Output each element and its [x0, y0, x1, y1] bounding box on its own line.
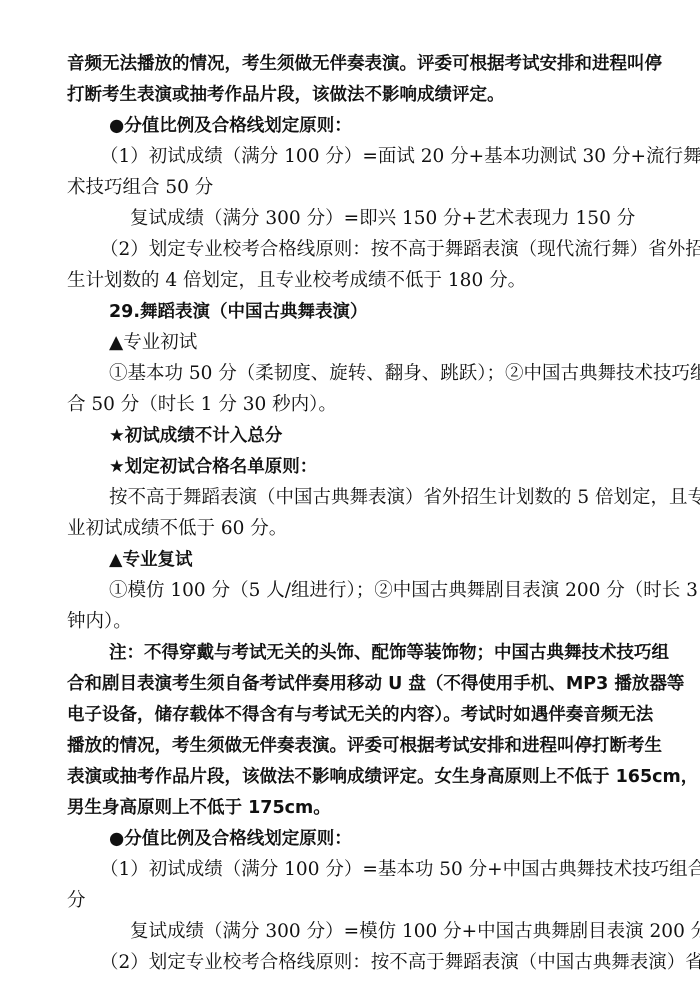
note-line: 注：不得穿戴与考试无关的头饰、配饰等装饰物；中国古典舞技术技巧组	[109, 641, 632, 665]
subsection-heading: ▲专业复试	[109, 548, 632, 572]
paragraph-line: 术技巧组合 50 分	[67, 176, 632, 200]
note-heading: ★划定初试合格名单原则：	[109, 455, 632, 479]
document-page: 音频无法播放的情况，考生须做无伴奏表演。评委可根据考试安排和进程叫停 打断考生表…	[0, 0, 700, 990]
paragraph-line: ①模仿 100 分（5 人/组进行）；②中国古典舞剧目表演 200 分（时长 3…	[109, 579, 632, 603]
paragraph-line: （1）初试成绩（满分 100 分）=基本功 50 分+中国古典舞技术技巧组合 5…	[100, 858, 632, 882]
section-title: 29.舞蹈表演（中国古典舞表演）	[109, 300, 632, 324]
paragraph-line: 按不高于舞蹈表演（中国古典舞表演）省外招生计划数的 5 倍划定，且专	[109, 486, 632, 510]
paragraph-line: 生计划数的 4 倍划定，且专业校考成绩不低于 180 分。	[67, 269, 632, 293]
note-line: 合和剧目表演考生须自备考试伴奏用移动 U 盘（不得使用手机、MP3 播放器等	[67, 672, 632, 696]
note-heading: ★初试成绩不计入总分	[109, 424, 632, 448]
section-heading: ●分值比例及合格线划定原则：	[109, 827, 632, 851]
paragraph-line: 业初试成绩不低于 60 分。	[67, 517, 632, 541]
paragraph-line: ①基本功 50 分（柔韧度、旋转、翻身、跳跃）；②中国古典舞技术技巧组	[109, 362, 632, 386]
note-line: 播放的情况，考生须做无伴奏表演。评委可根据考试安排和进程叫停打断考生	[67, 734, 632, 758]
paragraph-line: （2）划定专业校考合格线原则：按不高于舞蹈表演（现代流行舞）省外招	[100, 238, 632, 262]
paragraph-line: 音频无法播放的情况，考生须做无伴奏表演。评委可根据考试安排和进程叫停	[67, 52, 632, 76]
note-line: 男生身高原则上不低于 175cm。	[67, 796, 632, 820]
paragraph-line: 打断考生表演或抽考作品片段，该做法不影响成绩评定。	[67, 83, 632, 107]
note-line: 电子设备，储存载体不得含有与考试无关的内容）。考试时如遇伴奏音频无法	[67, 703, 632, 727]
paragraph-line: 合 50 分（时长 1 分 30 秒内）。	[67, 393, 632, 417]
paragraph-line: （1）初试成绩（满分 100 分）=面试 20 分+基本功测试 30 分+流行舞…	[100, 145, 632, 169]
paragraph-line: 复试成绩（满分 300 分）=模仿 100 分+中国古典舞剧目表演 200 分	[130, 920, 695, 944]
note-line: 表演或抽考作品片段，该做法不影响成绩评定。女生身高原则上不低于 165cm，	[67, 765, 632, 789]
section-heading: ●分值比例及合格线划定原则：	[109, 114, 632, 138]
paragraph-line: 分	[67, 889, 632, 913]
paragraph-line: 钟内）。	[67, 610, 632, 634]
paragraph-line: （2）划定专业校考合格线原则：按不高于舞蹈表演（中国古典舞表演）省	[100, 951, 632, 975]
subsection-heading: ▲专业初试	[109, 331, 632, 355]
paragraph-line: 复试成绩（满分 300 分）=即兴 150 分+艺术表现力 150 分	[130, 207, 695, 231]
